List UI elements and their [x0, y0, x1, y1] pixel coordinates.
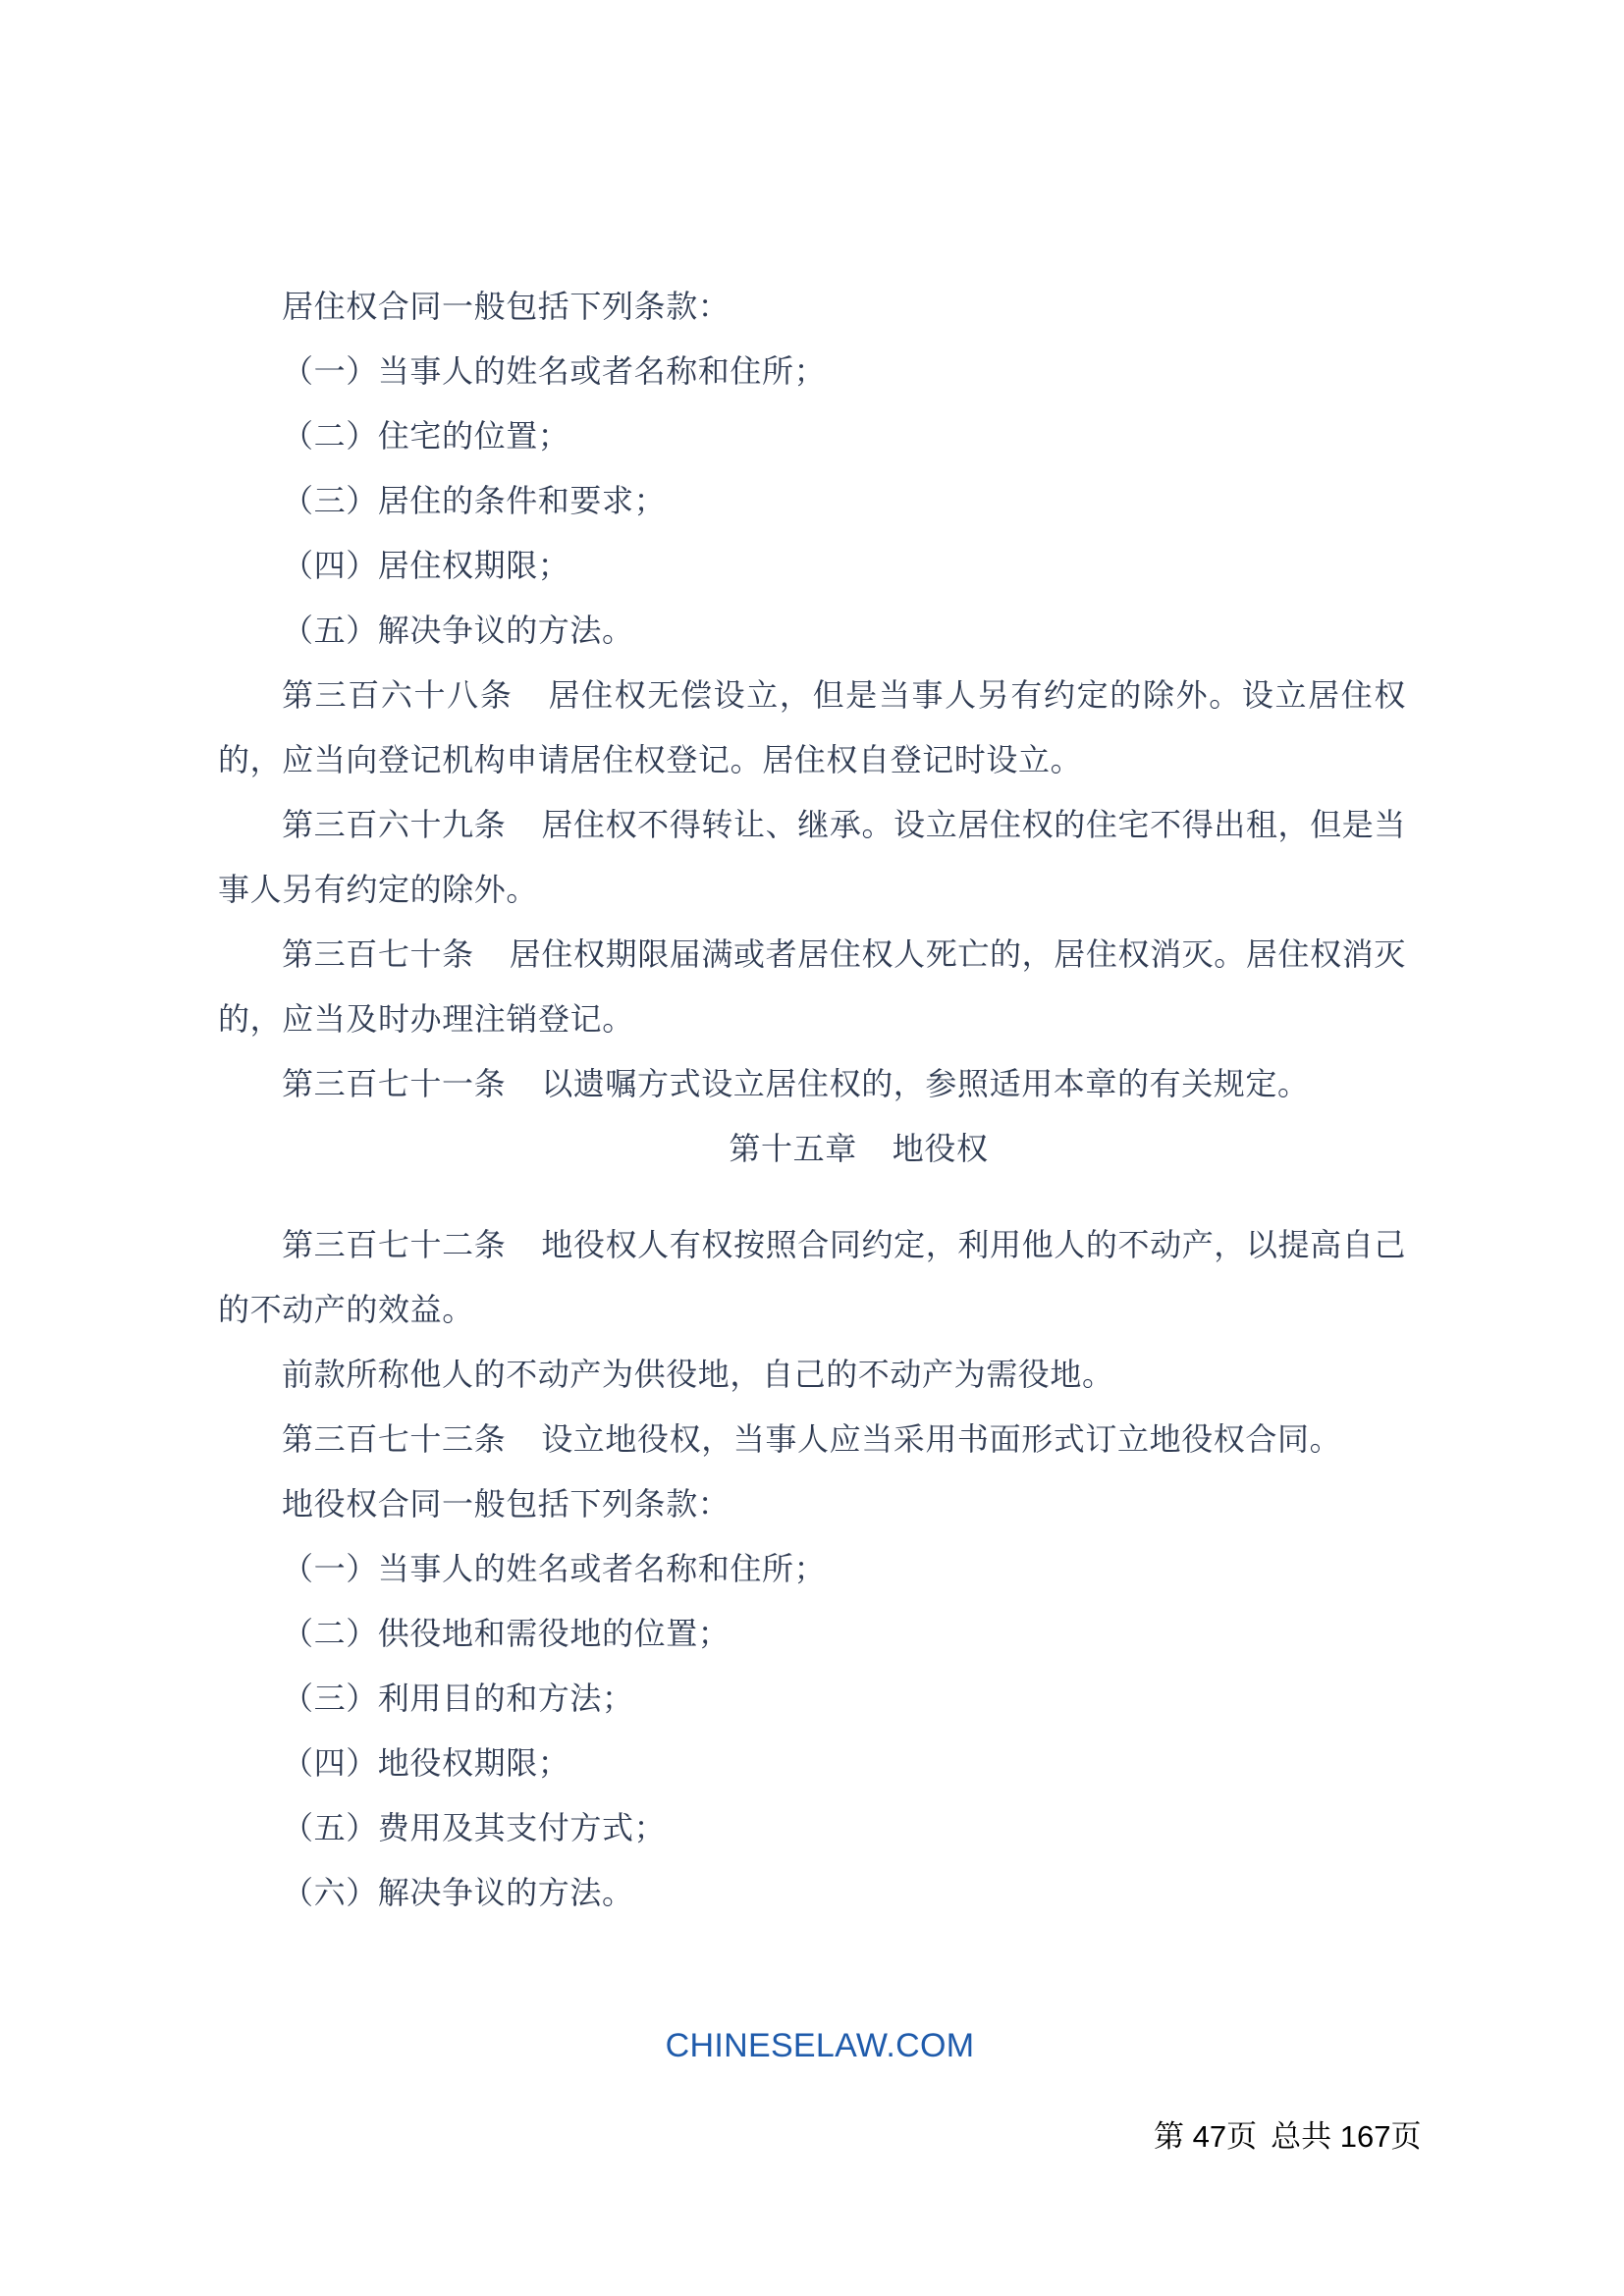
- article-text: 设立地役权，当事人应当采用书面形式订立地役权合同。: [541, 1420, 1341, 1458]
- chapter-number: 第十五章: [729, 1130, 856, 1167]
- list-item: （一）当事人的姓名或者名称和住所；: [218, 339, 1406, 403]
- paragraph-definition: 前款所称他人的不动产为供役地，自己的不动产为需役地。: [218, 1342, 1406, 1407]
- article-368: 第三百六十八条居住权无偿设立，但是当事人另有约定的除外。设立居住权的，应当向登记…: [218, 663, 1406, 792]
- list-item: （二）供役地和需役地的位置；: [218, 1601, 1406, 1666]
- total-prefix: 总共: [1271, 2119, 1331, 2154]
- chapter-title: 地役权: [893, 1130, 989, 1167]
- article-369: 第三百六十九条居住权不得转让、继承。设立居住权的住宅不得出租，但是当事人另有约定…: [218, 792, 1406, 922]
- page-prefix: 第: [1154, 2119, 1184, 2154]
- list-item: （三）居住的条件和要求；: [218, 468, 1406, 533]
- list-item: （五）解决争议的方法。: [218, 598, 1406, 663]
- page-sp: [1184, 2119, 1193, 2154]
- article-372: 第三百七十二条地役权人有权按照合同约定，利用他人的不动产，以提高自己的不动产的效…: [218, 1212, 1406, 1342]
- page-suffix: 页: [1226, 2119, 1257, 2154]
- paragraph-clause-intro: 地役权合同一般包括下列条款：: [218, 1471, 1406, 1536]
- article-number: 第三百七十条: [282, 935, 474, 973]
- article-370: 第三百七十条居住权期限届满或者居住权人死亡的，居住权消灭。居住权消灭的，应当及时…: [218, 922, 1406, 1051]
- article-number: 第三百六十八条: [282, 676, 513, 714]
- list-item: （四）地役权期限；: [218, 1731, 1406, 1795]
- footer-site-link[interactable]: CHINESELAW.COM: [0, 2024, 1624, 2067]
- article-371: 第三百七十一条以遗嘱方式设立居住权的，参照适用本章的有关规定。: [218, 1051, 1406, 1116]
- list-item: （六）解决争议的方法。: [218, 1860, 1406, 1925]
- page-current: 47: [1193, 2119, 1226, 2154]
- article-number: 第三百七十二条: [282, 1226, 506, 1263]
- list-item: （一）当事人的姓名或者名称和住所；: [218, 1536, 1406, 1601]
- paragraph-clause-intro: 居住权合同一般包括下列条款：: [218, 274, 1406, 339]
- total-sp: [1331, 2119, 1340, 2154]
- chapter-heading: 第十五章地役权: [218, 1116, 1406, 1181]
- list-item: （三）利用目的和方法；: [218, 1666, 1406, 1731]
- total-suffix: 页: [1390, 2119, 1421, 2154]
- document-page: 居住权合同一般包括下列条款： （一）当事人的姓名或者名称和住所； （二）住宅的位…: [0, 0, 1624, 2296]
- article-number: 第三百七十三条: [282, 1420, 506, 1458]
- article-373: 第三百七十三条设立地役权，当事人应当采用书面形式订立地役权合同。: [218, 1407, 1406, 1471]
- document-body: 居住权合同一般包括下列条款： （一）当事人的姓名或者名称和住所； （二）住宅的位…: [218, 274, 1406, 1925]
- article-number: 第三百六十九条: [282, 806, 506, 843]
- page-total: 167: [1340, 2119, 1391, 2154]
- page-counter: 第 47页总共 167页: [1154, 2116, 1421, 2158]
- list-item: （四）居住权期限；: [218, 533, 1406, 598]
- article-number: 第三百七十一条: [282, 1065, 506, 1102]
- list-item: （五）费用及其支付方式；: [218, 1795, 1406, 1860]
- article-text: 以遗嘱方式设立居住权的，参照适用本章的有关规定。: [541, 1065, 1309, 1102]
- list-item: （二）住宅的位置；: [218, 403, 1406, 468]
